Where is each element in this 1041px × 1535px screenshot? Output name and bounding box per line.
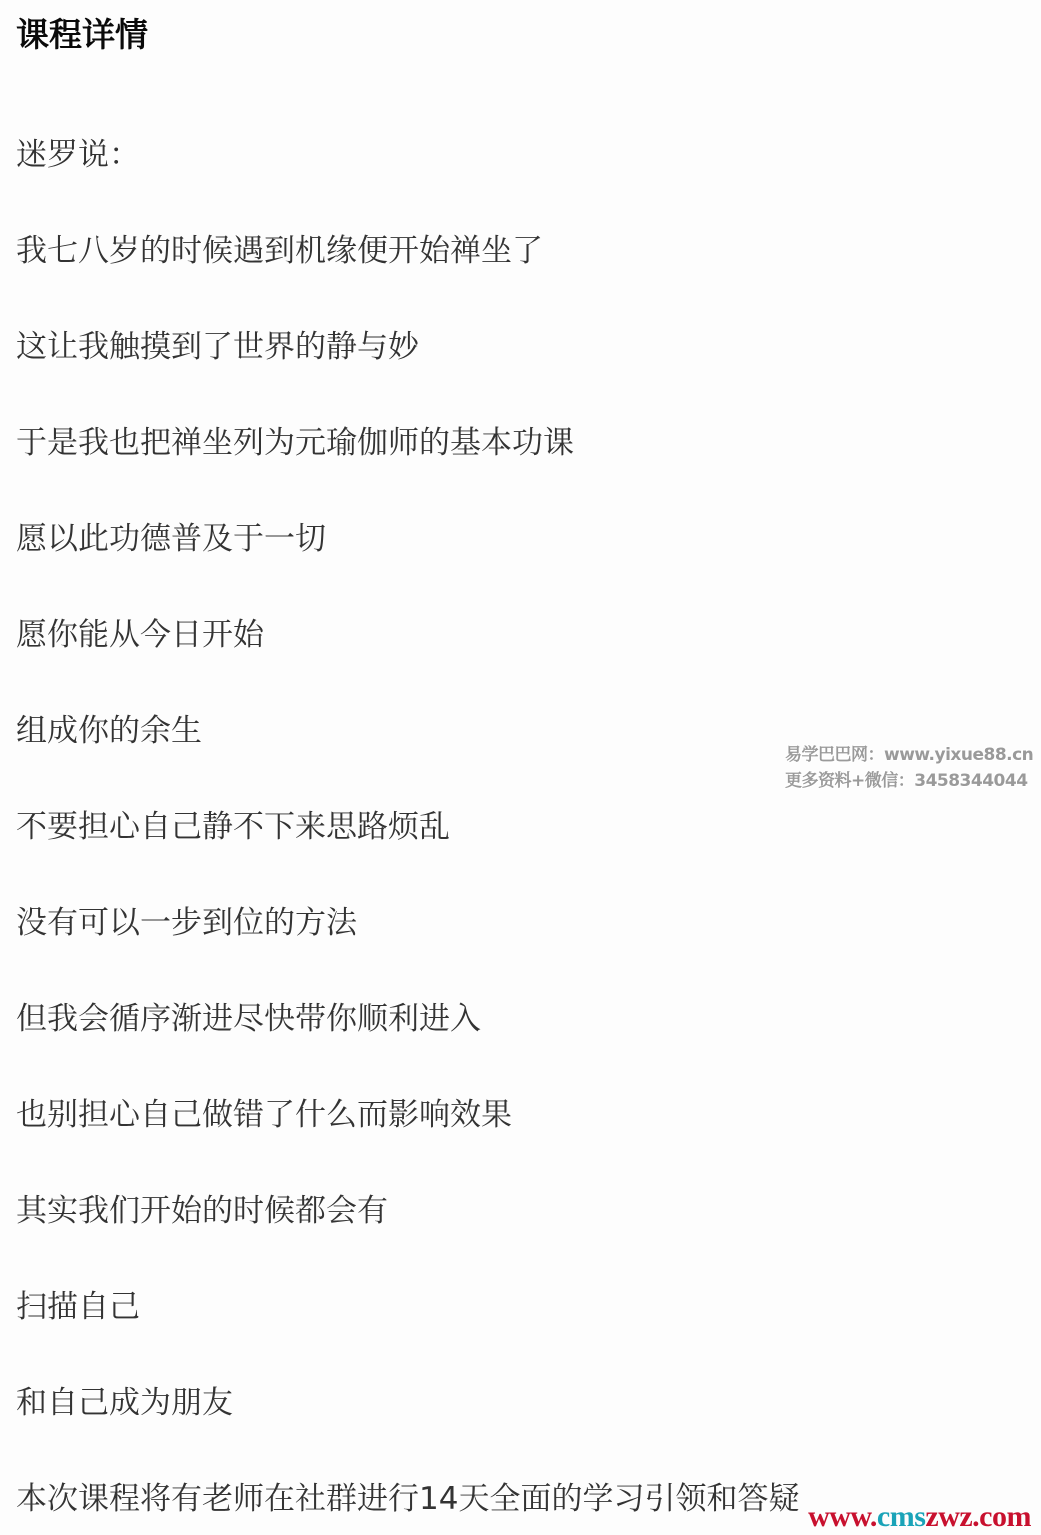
page-title: 课程详情	[16, 12, 148, 58]
watermark-contact-line: 更多资料+微信：3458344044	[785, 768, 1035, 794]
paragraph-line: 其实我们开始的时候都会有	[16, 1189, 388, 1233]
paragraph-line: 于是我也把禅坐列为元瑜伽师的基本功课	[16, 421, 574, 465]
site-mark-prefix: www.	[808, 1500, 877, 1533]
paragraph-line: 迷罗说：	[16, 133, 140, 177]
paragraph-line: 没有可以一步到位的方法	[16, 901, 357, 945]
paragraph-line: 愿你能从今日开始	[16, 613, 264, 657]
paragraph-line: 也别担心自己做错了什么而影响效果	[16, 1093, 512, 1137]
paragraph-line: 这让我触摸到了世界的静与妙	[16, 325, 419, 369]
course-detail-page: 课程详情 迷罗说： 我七八岁的时候遇到机缘便开始禅坐了 这让我触摸到了世界的静与…	[0, 0, 1041, 1535]
paragraph-line: 和自己成为朋友	[16, 1381, 233, 1425]
paragraph-line: 愿以此功德普及于一切	[16, 517, 326, 561]
paragraph-line: 但我会循序渐进尽快带你顺利进入	[16, 997, 481, 1041]
paragraph-line: 本次课程将有老师在社群进行14天全面的学习引领和答疑	[16, 1477, 799, 1521]
watermark: 易学巴巴网：www.yixue88.cn 更多资料+微信：3458344044	[785, 742, 1035, 794]
paragraph-line: 扫描自己	[16, 1285, 140, 1329]
paragraph-line: 组成你的余生	[16, 709, 202, 753]
site-mark-suffix: zwz.com	[925, 1500, 1031, 1533]
site-watermark-logo: www.cmszwz.com	[808, 1500, 1031, 1534]
watermark-site-line: 易学巴巴网：www.yixue88.cn	[785, 742, 1035, 768]
paragraph-line: 我七八岁的时候遇到机缘便开始禅坐了	[16, 229, 543, 273]
site-mark-middle: cms	[877, 1500, 925, 1533]
paragraph-line: 不要担心自己静不下来思路烦乱	[16, 805, 450, 849]
